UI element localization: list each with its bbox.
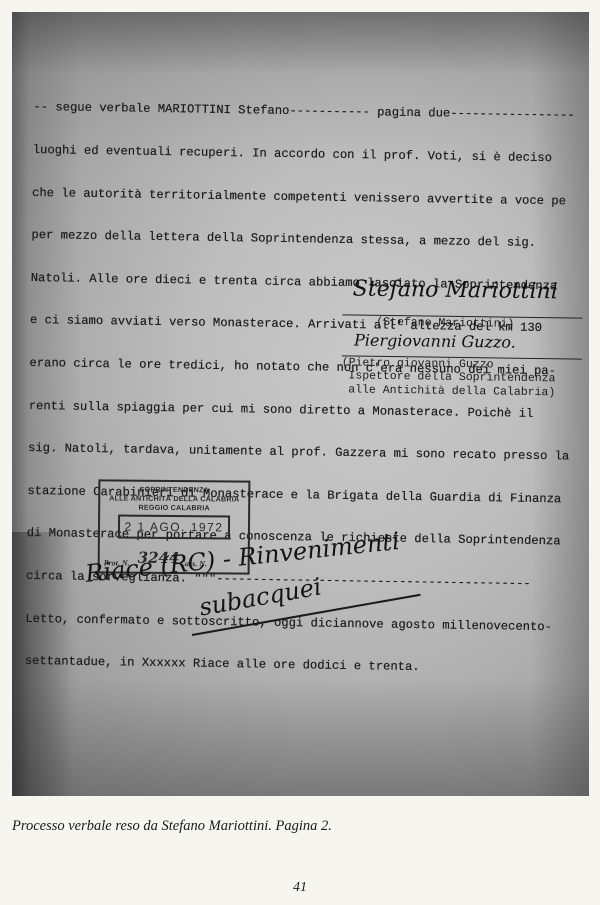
signature-line-guzzo: Piergiovanni Guzzo. — [342, 333, 582, 359]
signature-block: Stefano Mariottini (Stefano Mariottini) … — [341, 288, 582, 399]
stamp-date: 2 1 AGO. 1972 — [118, 515, 230, 540]
figure-caption: Processo verbale reso da Stefano Mariott… — [12, 818, 332, 835]
handwritten-signature-mariottini: Stefano Mariottini — [353, 282, 558, 298]
typed-line: sig. Natoli, tardava, unitamente al prof… — [28, 441, 588, 464]
handwritten-signature-guzzo: Piergiovanni Guzzo. — [354, 333, 516, 349]
typed-line: luoghi ed eventuali recuperi. In accordo… — [33, 143, 589, 166]
stamp-line: REGGIO CALABRIA — [100, 502, 248, 512]
document-photograph: -- segue verbale MARIOTTINI Stefano-----… — [12, 12, 589, 796]
typed-line: settantadue, in Xxxxxx Riace alle ore do… — [25, 654, 585, 677]
typed-line: -- segue verbale MARIOTTINI Stefano-----… — [33, 100, 589, 123]
page-number: 41 — [0, 880, 600, 896]
signature-line-mariottini: Stefano Mariottini — [342, 288, 582, 318]
typed-line: che le autorità territorialmente compete… — [32, 186, 589, 209]
typed-line: renti sulla spiaggia per cui mi sono dir… — [29, 399, 589, 422]
typed-line: per mezzo della lettera della Soprintend… — [31, 228, 589, 251]
